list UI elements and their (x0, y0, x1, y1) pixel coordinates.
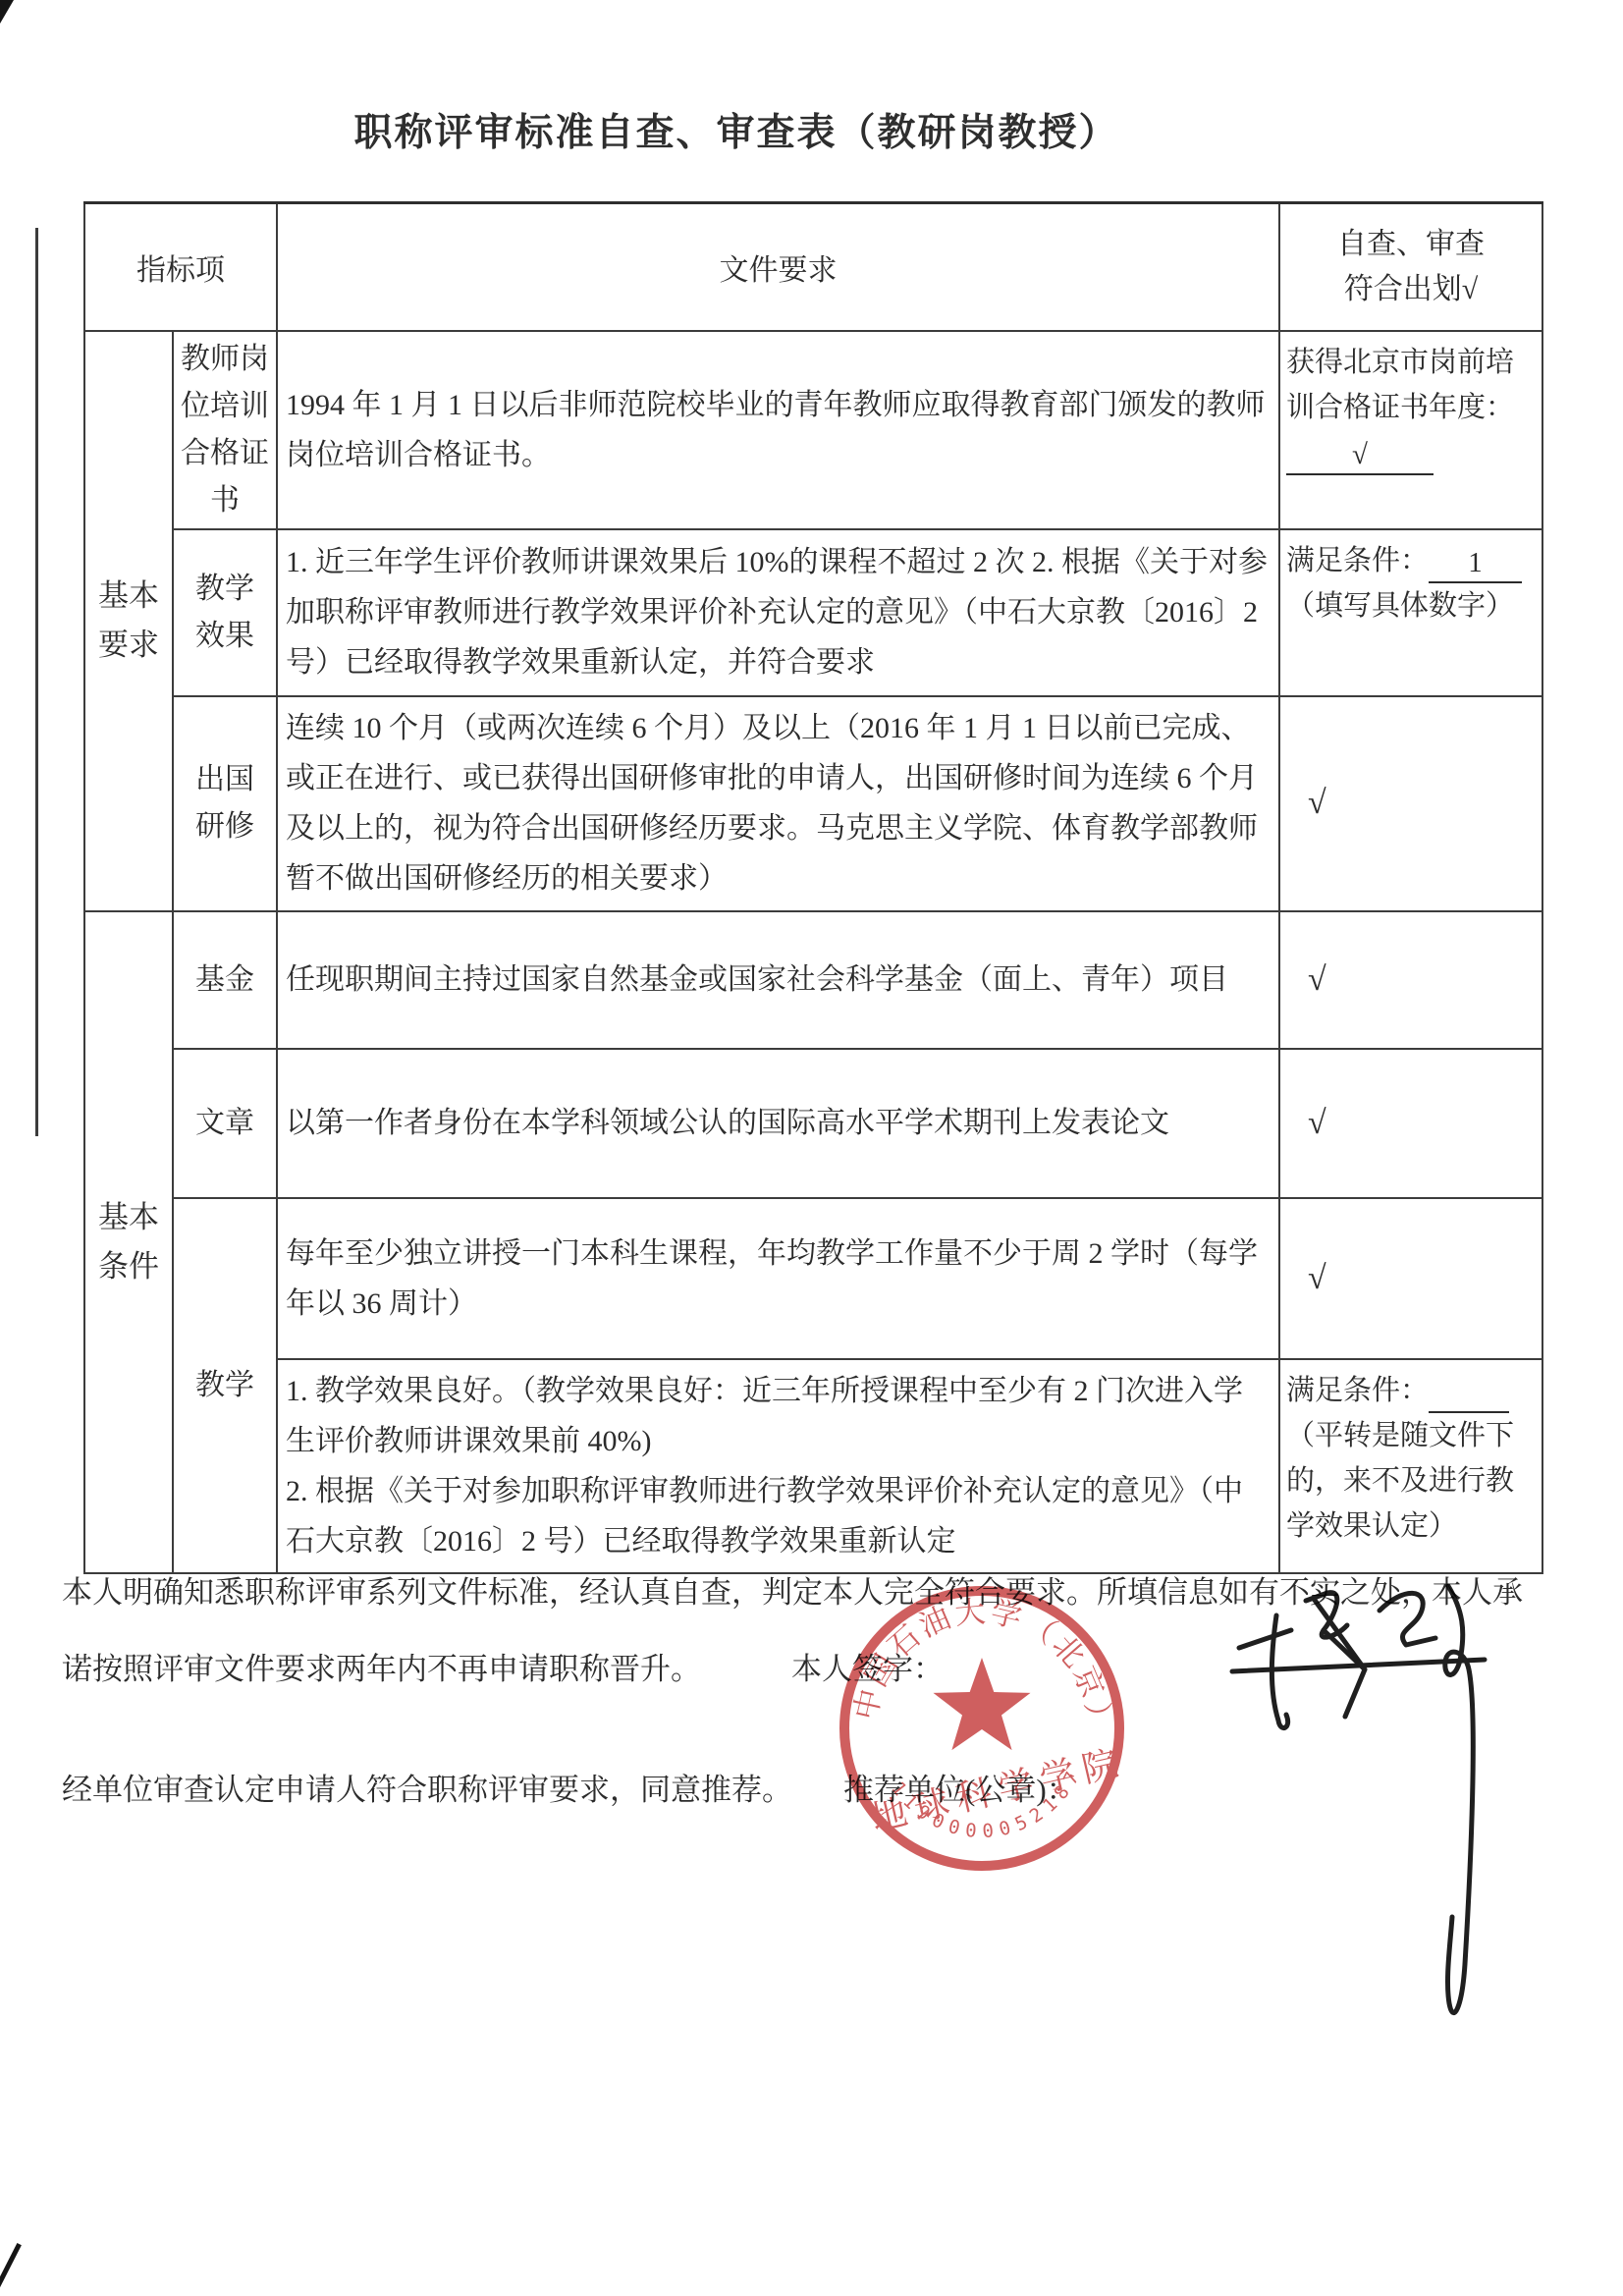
table-row: 1. 教学效果良好。（教学效果良好：近三年所授课程中至少有 2 门次进入学生评价… (84, 1359, 1542, 1573)
check-cell-teaching-effect: 满足条件：1（填写具体数字） (1279, 529, 1542, 696)
signature-ink (1198, 1571, 1512, 2043)
check-cell-article: √ (1279, 1049, 1542, 1198)
sub-cell-overseas-study: 出国研修 (173, 696, 277, 911)
check-fill-line (1429, 1411, 1509, 1413)
recommendation-text: 经单位审查认定申请人符合职称评审要求，同意推荐。 (62, 1773, 792, 1807)
group-cell-basic-requirements: 基本要求 (84, 331, 173, 911)
requirement-cell-fund: 任现职期间主持过国家自然基金或国家社会科学基金（面上、青年）项目 (277, 911, 1279, 1049)
check-cell-teaching-load: √ (1279, 1198, 1542, 1359)
requirement-cell-article: 以第一作者身份在本学科领域公认的国际高水平学术期刊上发表论文 (277, 1049, 1279, 1198)
check-cell-overseas-study: √ (1279, 696, 1542, 911)
sub-cell-teaching: 教学 (173, 1198, 277, 1573)
header-check: 自查、审查 符合出划√ (1279, 203, 1542, 331)
header-check-line1: 自查、审查 (1281, 222, 1541, 267)
check-prefix: 满足条件： (1286, 545, 1429, 576)
requirement-cell-certificate: 1994 年 1 月 1 日以后非师范院校毕业的青年教师应取得教育部门颁发的教师… (277, 331, 1279, 529)
requirement-item-2: 2. 根据《关于对参加职称评审教师进行教学效果评价补充认定的意见》（中石大京教〔… (286, 1466, 1269, 1566)
requirement-cell-teaching-load: 每年至少独立讲授一门本科生课程，年均教学工作量不少于周 2 学时（每学年以 36… (277, 1198, 1279, 1359)
check-suffix: （填写具体数字） (1286, 590, 1514, 622)
check-suffix: （平转是随文件下的，来不及进行教学效果认定） (1286, 1420, 1514, 1542)
table-row: 教学 每年至少独立讲授一门本科生课程，年均教学工作量不少于周 2 学时（每学年以… (84, 1198, 1542, 1359)
check-cell-certificate: 获得北京市岗前培训合格证书年度：√ (1279, 331, 1542, 529)
star-icon (934, 1658, 1031, 1750)
sub-cell-fund: 基金 (173, 911, 277, 1049)
group-label: 基本条件 (96, 1193, 161, 1291)
signature-stroke (1324, 1630, 1365, 1669)
check-cell-teaching-quality: 满足条件：（平转是随文件下的，来不及进行教学效果认定） (1279, 1359, 1542, 1573)
requirement-item-1: 1. 教学效果良好。（教学效果良好：近三年所授课程中至少有 2 门次进入学生评价… (286, 1366, 1269, 1466)
sub-cell-certificate: 教师岗位培训合格证书 (173, 331, 277, 529)
document-page: 职称评审标准自查、审查表（教研岗教授） 指标项 文件要求 自查、审查 符合出划√… (0, 0, 1623, 2296)
check-prefix: 满足条件： (1286, 1375, 1429, 1406)
table-row: 文章 以第一作者身份在本学科领域公认的国际高水平学术期刊上发表论文 √ (84, 1049, 1542, 1198)
requirement-cell-teaching-quality: 1. 教学效果良好。（教学效果良好：近三年所授课程中至少有 2 门次进入学生评价… (277, 1359, 1279, 1573)
sub-cell-article: 文章 (173, 1049, 277, 1198)
header-indicator: 指标项 (84, 203, 277, 331)
requirement-cell-overseas-study: 连续 10 个月（或两次连续 6 个月）及以上（2016 年 1 月 1 日以前… (277, 696, 1279, 911)
scan-corner-mark-top-left (0, 0, 14, 24)
group-label: 基本要求 (96, 572, 161, 670)
group-cell-basic-conditions: 基本条件 (84, 911, 173, 1573)
check-fill-line: √ (1286, 436, 1434, 475)
signature-stroke (1445, 1586, 1473, 2013)
review-table: 指标项 文件要求 自查、审查 符合出划√ 基本要求 教师岗位培训合格证书 199… (83, 201, 1543, 1574)
official-stamp: 中国石油大学（北京） 地球科学学院 1190000052187 (813, 1563, 1159, 1909)
check-cell-fund: √ (1279, 911, 1542, 1049)
table-row: 基本要求 教师岗位培训合格证书 1994 年 1 月 1 日以后非师范院校毕业的… (84, 331, 1542, 529)
sub-label: 出国研修 (192, 756, 257, 850)
signature-stroke (1380, 1593, 1435, 1645)
sub-label: 教师岗位培训合格证书 (177, 336, 273, 524)
table-row: 出国研修 连续 10 个月（或两次连续 6 个月）及以上（2016 年 1 月 … (84, 696, 1542, 911)
scan-artifact-line (35, 228, 38, 1136)
check-fill-line: 1 (1429, 544, 1522, 583)
signature-stroke (1314, 1599, 1365, 1717)
signature-stroke (1239, 1630, 1291, 1648)
scan-corner-mark-bottom-left (0, 2243, 22, 2296)
table-row: 基本条件 基金 任现职期间主持过国家自然基金或国家社会科学基金（面上、青年）项目… (84, 911, 1542, 1049)
header-check-line2: 符合出划√ (1281, 267, 1541, 312)
check-prefix: 获得北京市岗前培训合格证书年度： (1286, 347, 1514, 423)
sub-cell-teaching-effect: 教学效果 (173, 529, 277, 696)
requirement-cell-teaching-effect: 1. 近三年学生评价教师讲课效果后 10%的课程不超过 2 次 2. 根据《关于… (277, 529, 1279, 696)
table-header-row: 指标项 文件要求 自查、审查 符合出划√ (84, 203, 1542, 331)
table-row: 教学效果 1. 近三年学生评价教师讲课效果后 10%的课程不超过 2 次 2. … (84, 529, 1542, 696)
page-title: 职称评审标准自查、审查表（教研岗教授） (83, 102, 1389, 157)
sub-label: 教学效果 (192, 566, 257, 660)
header-requirement: 文件要求 (277, 203, 1279, 331)
